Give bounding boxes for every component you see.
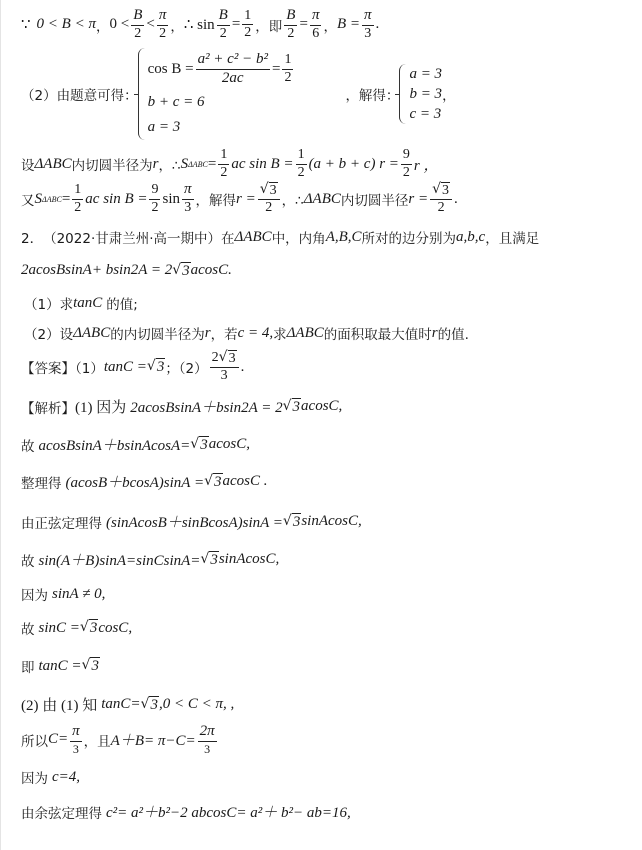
separator: ，: [442, 84, 456, 104]
text: ，解得: [196, 189, 237, 209]
fraction: 12: [282, 53, 293, 85]
expr: ∴ sin: [184, 15, 215, 34]
text: 的值.: [438, 323, 469, 343]
text: ，若: [211, 323, 238, 343]
expr: ΔABC: [35, 156, 72, 173]
separator: ，: [323, 15, 337, 35]
expr: C=: [48, 731, 68, 748]
text: 的值;: [106, 293, 138, 313]
question-1: （1）求 tanC 的值;: [24, 293, 138, 313]
text: 所对的边分别为: [362, 227, 457, 247]
fraction: 12: [218, 148, 229, 180]
expr: cosC,: [98, 620, 132, 637]
text: （2）设: [24, 323, 73, 343]
text: ，且满足: [485, 227, 539, 247]
expr: sinAcosC,: [219, 551, 279, 568]
text: ，∴: [158, 154, 180, 174]
equation-row: a = 3: [148, 119, 296, 136]
expr: tanC=: [101, 696, 140, 713]
solution-line-8: 即 tanC = √3: [21, 656, 100, 676]
text: 即: [269, 15, 283, 35]
text: 因为: [21, 584, 48, 604]
expr: A,B,C: [326, 229, 362, 246]
fraction: π2: [157, 8, 169, 41]
fraction: 12: [72, 183, 83, 215]
solution-line-5: 故 sin(A＋B)sinA=sinCsinA= √3 sinAcosC,: [21, 549, 279, 570]
expr: acosBsinA＋bsinAcosA=: [39, 434, 191, 455]
fraction: 12: [296, 148, 307, 180]
fraction: 2π3: [198, 724, 217, 755]
expr: tanC =: [39, 658, 82, 675]
expr: S: [181, 156, 189, 173]
incircle-line-2: 又 SΔABC = 12 ac sin B = 92 sin π3 ，解得 r …: [21, 182, 458, 216]
text: 故: [21, 550, 35, 570]
text: ，∴: [282, 189, 304, 209]
sqrt: √3: [141, 696, 159, 714]
solution-line-6: 因为 sinA ≠ 0,: [21, 584, 105, 604]
fraction: 92: [149, 183, 160, 215]
fraction: π3: [182, 182, 194, 215]
expr: r ，: [414, 154, 439, 175]
equation-system: cos B = a² + c² − b²2ac = 12 b + c = 6 a…: [138, 48, 296, 140]
because-symbol: ∵: [21, 15, 31, 34]
problem-number: 2．: [21, 227, 43, 247]
answer-line: 【答案】（1） tanC = √3 ；（2） 2√33 .: [21, 350, 244, 384]
expr: acosC.: [191, 262, 232, 279]
expr: A＋B= π−C=: [111, 729, 196, 750]
solution-line-3: 整理得 (acosB＋bcosA)sinA = √3 acosC .: [21, 471, 268, 492]
equation-system-line: （2）由题意可得： cos B = a² + c² − b²2ac = 12 b…: [21, 48, 456, 140]
equation-row: b + c = 6: [148, 94, 296, 111]
text: 内切圆半径为: [72, 154, 153, 174]
fraction: B2: [284, 8, 297, 41]
expr: acosC,: [209, 436, 250, 453]
text: 所以: [21, 730, 48, 750]
expr: sin(A＋B)sinA=sinCsinA=: [39, 549, 201, 570]
expr: a,b,c: [456, 229, 485, 246]
expr: (acosB＋bcosA)sinA =: [66, 471, 205, 492]
expr: r =: [236, 191, 256, 208]
fraction: √32: [258, 182, 280, 216]
expr: tanC: [73, 295, 102, 312]
period: .: [454, 191, 458, 208]
fraction: π3: [70, 724, 82, 755]
solution-line-7: 故 sinC = √3 cosC,: [21, 618, 132, 638]
expr: ,0 < C < π, ,: [159, 696, 234, 713]
problem-2-condition: 2acosBsinA+ bsin2A = 2 √3 acosC.: [21, 262, 232, 280]
incircle-line-1: 设 ΔABC 内切圆半径为 r ，∴ SΔABC = 12 ac sin B =…: [21, 148, 439, 180]
expr: =: [208, 156, 216, 173]
sqrt: √3: [204, 473, 222, 491]
period: .: [241, 359, 245, 376]
fraction: a² + c² − b²2ac: [196, 52, 270, 87]
expr: (sinAcosB＋sinBcosA)sinA =: [106, 511, 283, 532]
expr: B =: [337, 16, 360, 33]
answer-label: 【答案】（1）: [21, 357, 104, 377]
expr: =: [272, 61, 280, 78]
text: 内切圆半径: [341, 189, 409, 209]
solution-line-9: (2) 由 (1) 知 tanC= √3 ,0 < C < π, ,: [21, 694, 234, 715]
text: 即: [21, 656, 35, 676]
question-2: （2）设 ΔABC 的内切圆半径为 r ，若 c = 4, 求 ΔABC 的面积…: [24, 323, 469, 343]
text: (1) 因为: [75, 396, 126, 417]
separator: ，: [170, 15, 184, 35]
text: 的面积取最大值时: [324, 323, 432, 343]
expr: c²= a²＋b²−2 abcosC= a²＋ b²− ab=16,: [106, 801, 351, 822]
sqrt: √3: [172, 262, 190, 280]
expr: ΔABC: [287, 325, 324, 342]
sqrt: √3: [80, 619, 98, 637]
angle-range-line: ∵ 0 < B < π ， 0 < B2 < π2 ， ∴ sin B2 = 1…: [21, 8, 379, 41]
expr: ac sin B =: [85, 191, 147, 208]
sqrt: √3: [82, 657, 100, 675]
expr: sinC =: [39, 620, 80, 637]
sqrt: √3: [190, 436, 208, 454]
expr: c=4,: [52, 769, 80, 786]
text: 故: [21, 618, 35, 638]
sqrt: √3: [283, 513, 301, 531]
solution-system: a = 3 b = 3 c = 3: [399, 64, 442, 124]
expr: c = 4,: [238, 325, 274, 342]
expr: (a + b + c) r =: [309, 156, 399, 173]
expr: acosC,: [301, 398, 342, 415]
text: 的内切圆半径为: [110, 323, 205, 343]
range-expr: 0 < B < π: [37, 16, 96, 33]
text: （1）求: [24, 293, 73, 313]
sqrt: √3: [200, 551, 218, 569]
left-brace-icon: [138, 48, 145, 140]
solution-line-1: 【解析】 (1) 因为 2acosBsinA＋bsin2A = 2 √3 aco…: [21, 396, 342, 417]
text: 设: [21, 154, 35, 174]
fraction: 92: [401, 148, 412, 180]
expr: sinAcosC,: [301, 513, 361, 530]
text: 故: [21, 435, 35, 455]
page-edge: [0, 0, 1, 850]
fraction: π6: [310, 8, 322, 41]
text: ；（2）: [165, 357, 207, 377]
fraction: 12: [242, 9, 253, 41]
part-label: （2）由题意可得：: [21, 84, 138, 104]
separator: ，: [255, 15, 269, 35]
fraction: π3: [362, 8, 374, 41]
expr: <: [146, 16, 154, 33]
expr: S: [35, 191, 43, 208]
expr: ac sin B =: [231, 156, 293, 173]
expr: ΔABC: [73, 325, 110, 342]
problem-source: （2022·甘肃兰州·高一期中）在: [43, 227, 234, 247]
solution-cosine-line: 由余弦定理得 c²= a²＋b²−2 abcosC= a²＋ b²− ab=16…: [21, 801, 351, 822]
solution-row: c = 3: [409, 106, 442, 123]
expr: cos B =: [148, 61, 194, 78]
sqrt: √3: [147, 358, 165, 376]
text: ，且: [84, 730, 111, 750]
solution-label: 【解析】: [21, 397, 75, 417]
separator: ，: [96, 15, 110, 35]
solution-c4-line: 因为 c=4,: [21, 767, 80, 787]
expr: 2acosBsinA＋bsin2A = 2: [130, 396, 282, 417]
fraction: B2: [131, 8, 144, 41]
expr: r =: [408, 191, 428, 208]
left-brace-icon: [399, 64, 406, 124]
text: 由正弦定理得: [21, 512, 102, 532]
expr: 2acosBsinA+ bsin2A = 2: [21, 262, 172, 279]
solution-c-line: 所以 C= π3 ，且 A＋B= π−C= 2π3: [21, 724, 219, 755]
expr: =: [232, 16, 240, 33]
text: 中，内角: [272, 227, 326, 247]
expr: =: [62, 191, 70, 208]
text: 由余弦定理得: [21, 802, 102, 822]
expr: tanC =: [104, 359, 147, 376]
expr: ΔABC: [235, 229, 272, 246]
solution-line-4: 由正弦定理得 (sinAcosB＋sinBcosA)sinA = √3 sinA…: [21, 511, 362, 532]
problem-2-header: 2． （2022·甘肃兰州·高一期中）在 ΔABC 中，内角 A,B,C 所对的…: [21, 227, 539, 247]
solution-row: b = 3: [409, 86, 442, 103]
subscript: ΔABC: [42, 195, 62, 204]
solution-row: a = 3: [409, 66, 442, 83]
expr: ΔABC: [304, 191, 341, 208]
expr: =: [299, 16, 307, 33]
text: 求: [273, 323, 287, 343]
text: ，解得：: [345, 84, 399, 104]
sqrt: √3: [283, 398, 301, 416]
solution-line-2: 故 acosBsinA＋bsinAcosA= √3 acosC,: [21, 434, 250, 455]
text: 又: [21, 189, 35, 209]
expr: acosC .: [223, 473, 268, 490]
expr: sinA ≠ 0,: [52, 586, 105, 603]
expr: sin: [162, 191, 180, 208]
text: 因为: [21, 767, 48, 787]
subscript: ΔABC: [188, 160, 208, 169]
fraction: √32: [430, 182, 452, 216]
fraction: 2√33: [210, 350, 239, 384]
fraction: B2: [217, 8, 230, 41]
text: 整理得: [21, 472, 62, 492]
period: .: [376, 16, 380, 33]
text: (2) 由 (1) 知: [21, 694, 97, 715]
expr: 0 <: [109, 16, 129, 33]
